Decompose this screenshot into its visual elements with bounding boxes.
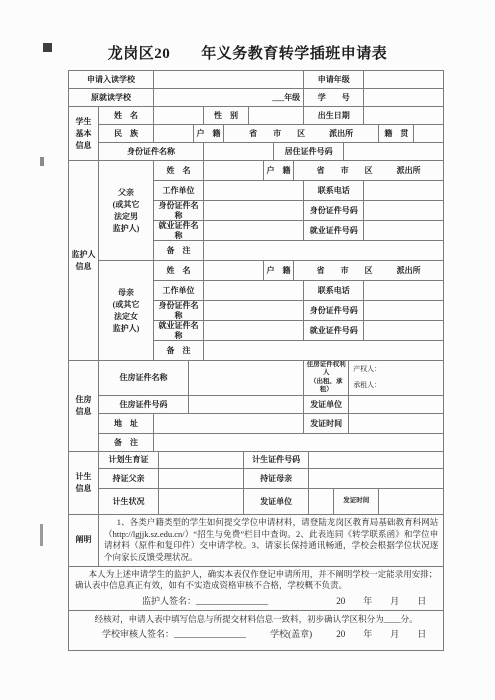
mother-hukou-label: 户 籍: [264, 261, 294, 281]
father-id-no-field: [364, 201, 444, 221]
scan-artifact: [40, 524, 43, 546]
housing-cert-no-label: 住房证件号码: [99, 395, 189, 413]
form-title: 龙岗区20 年义务教育转学插班申请表: [0, 42, 495, 63]
application-form-table: 申请入读学校 申请年级 原就读学校 ___年级 学 号 学生 基本 信息 姓 名…: [68, 70, 444, 651]
fp-issuer-field: [309, 488, 334, 514]
mother-id-name-label: 身份证件名称: [154, 301, 204, 321]
apply-grade-field: [364, 71, 444, 89]
student-id-cert-field: [204, 143, 274, 161]
housing-holder-label: 住房证件权利人 （出租、承 租）: [304, 361, 349, 396]
row-apply-school: 申请入读学校 申请年级: [69, 71, 444, 89]
housing-remark-label: 备 注: [99, 433, 154, 451]
fp-father-holder-field: [159, 468, 244, 488]
row-fp-holders: 持证父亲 持证母亲: [69, 468, 444, 488]
housing-section-header: 住房 信息: [69, 361, 99, 452]
guardian-section-header: 监护人 信息: [69, 161, 99, 361]
father-job-name-label: 就业证件名称: [154, 221, 204, 241]
orig-school-label: 原就读学校: [69, 89, 154, 107]
scan-artifact: [43, 43, 52, 52]
fp-issue-time-label: 发证时间: [334, 488, 379, 514]
row-notes: 阐明 1、各类户籍类型的学生如何提交学位申请材料，请登陆龙岗区教育局基础教育科网…: [69, 514, 444, 566]
school-seal-label: 学校(盖章): [270, 629, 312, 639]
school-sign-label: 学校审核人签名：: [102, 629, 174, 639]
guardian-signature: 监护人签名：________________: [142, 596, 268, 606]
mother-id-no-label: 身份证件号码: [304, 301, 364, 321]
school-sign-date: 20 年 月 日: [336, 629, 426, 639]
father-id-no-label: 身份证件号码: [304, 201, 364, 221]
review-cell: 经核对，申请人表中填写信息与所提交材料信息一致料，初步确认学区积分为____分。…: [69, 610, 444, 650]
student-name-label: 姓 名: [99, 107, 154, 125]
mother-id-no-field: [364, 301, 444, 321]
student-name-field: [154, 107, 204, 125]
row-housing-cert: 住房 信息 住房证件名称 住房证件权利人 （出租、承 租） 产权人： 承租人：: [69, 361, 444, 396]
student-section-header: 学生 基本 信息: [69, 107, 99, 161]
notes-text: 1、各类户籍类型的学生如何提交学位申请材料，请登陆龙岗区教育局基础教育科网站（h…: [100, 515, 442, 565]
row-student-hukou: 民 族 户 籍 省 市 区 派出所 籍 贯: [69, 125, 444, 143]
apply-school-field: [154, 71, 304, 89]
student-residence-no-label: 居住证件号码: [274, 143, 344, 161]
father-work-field: [204, 181, 304, 201]
mother-id-name-field: [204, 301, 304, 321]
housing-address-label: 地 址: [99, 413, 154, 433]
mother-job-no-label: 就业证件号码: [304, 321, 364, 341]
housing-cert-no-field: [189, 395, 304, 413]
row-father-name: 监护人 信息 父亲 (或其它 法定男 监护人) 姓 名 户 籍 省 市 区 派出…: [69, 161, 444, 181]
orig-school-field: ___年级: [154, 89, 304, 107]
guardian-sign-label: 监护人签名：: [142, 596, 196, 606]
student-no-field: [364, 89, 444, 107]
student-birth-field: [364, 107, 444, 125]
mother-job-name-label: 就业证件名称: [154, 321, 204, 341]
father-hukou-label: 户 籍: [264, 161, 294, 181]
father-job-no-label: 就业证件号码: [304, 221, 364, 241]
school-sign-line: ________________: [174, 629, 246, 639]
row-orig-school: 原就读学校 ___年级 学 号: [69, 89, 444, 107]
fp-cert-label: 计划生育证: [99, 451, 159, 468]
mother-work-field: [204, 281, 304, 301]
student-no-label: 学 号: [304, 89, 364, 107]
notes-cell: 1、各类户籍类型的学生如何提交学位申请材料，请登陆龙岗区教育局基础教育科网站（h…: [99, 514, 444, 566]
father-job-no-field: [364, 221, 444, 241]
row-housing-remark: 备 注: [69, 433, 444, 451]
father-name-field: [204, 161, 264, 181]
mother-role-label: 母亲 (或其它 法定女 监护人): [99, 261, 154, 361]
student-native-field: [414, 125, 444, 143]
housing-holder-field: 产权人： 承租人：: [349, 361, 444, 396]
guardian-sign-date: 20 年 月 日: [336, 596, 426, 606]
school-signature-row: 学校审核人签名：________________ 学校(盖章) 20 年 月 日: [70, 626, 442, 641]
father-remark-field: [204, 241, 444, 261]
row-review: 经核对，申请人表中填写信息与所提交材料信息一致料，初步确认学区积分为____分。…: [69, 610, 444, 650]
fp-father-holder-label: 持证父亲: [99, 468, 159, 488]
fp-issue-time-field: [379, 488, 444, 514]
guardian-signature-row: 监护人签名：________________ 20 年 月 日: [70, 593, 442, 608]
student-native-label: 籍 贯: [379, 125, 414, 143]
fp-section-header: 计生 信息: [69, 451, 99, 514]
student-residence-no-field: [344, 143, 444, 161]
student-birth-label: 出生日期: [304, 107, 364, 125]
mother-phone-label: 联系电话: [304, 281, 364, 301]
father-hukou-region-field: 省 市 区 派出所: [294, 161, 444, 181]
father-work-label: 工作单位: [154, 181, 204, 201]
declaration-cell: 本人为上述申请学生的监护人，确实本表仅作登记申请所用，并不阐明学校一定能录用安排…: [69, 566, 444, 610]
student-hukou-region-field: 省 市 区 派出所: [224, 125, 379, 143]
declaration-text: 本人为上述申请学生的监护人，确实本表仅作登记申请所用，并不阐明学校一定能录用安排…: [70, 567, 442, 593]
mother-job-name-field: [204, 321, 304, 341]
apply-grade-label: 申请年级: [304, 71, 364, 89]
student-gender-field: [249, 107, 304, 125]
housing-issue-time-field: [349, 413, 444, 433]
father-id-name-field: [204, 201, 304, 221]
student-gender-label: 性 别: [204, 107, 249, 125]
row-declaration: 本人为上述申请学生的监护人，确实本表仅作登记申请所用，并不阐明学校一定能录用安排…: [69, 566, 444, 610]
row-fp-status: 计生状况 发证单位 发证时间: [69, 488, 444, 514]
mother-job-no-field: [364, 321, 444, 341]
father-role-label: 父亲 (或其它 法定男 监护人): [99, 161, 154, 261]
review-text: 经核对，申请人表中填写信息与所提交材料信息一致料，初步确认学区积分为____分。: [70, 611, 442, 626]
housing-remark-field: [154, 433, 444, 451]
mother-work-label: 工作单位: [154, 281, 204, 301]
fp-cert-field: [159, 451, 244, 468]
apply-school-label: 申请入读学校: [69, 71, 154, 89]
fp-status-label: 计生状况: [99, 488, 159, 514]
row-student-name: 学生 基本 信息 姓 名 性 别 出生日期: [69, 107, 444, 125]
father-phone-label: 联系电话: [304, 181, 364, 201]
student-ethnic-field: [154, 125, 194, 143]
housing-address-field: [154, 413, 304, 433]
father-phone-field: [364, 181, 444, 201]
fp-issuer-label: 发证单位: [244, 488, 309, 514]
housing-issue-time-label: 发证时间: [304, 413, 349, 433]
housing-cert-name-field: [189, 361, 304, 396]
fp-cert-no-label: 计生证件号码: [244, 451, 309, 468]
fp-mother-holder-field: [309, 468, 444, 488]
mother-name-field: [204, 261, 264, 281]
mother-name-label: 姓 名: [154, 261, 204, 281]
father-job-name-field: [204, 221, 304, 241]
father-remark-label: 备 注: [154, 241, 204, 261]
mother-remark-label: 备 注: [154, 341, 204, 361]
guardian-sign-line: ________________: [196, 596, 268, 606]
mother-remark-field: [204, 341, 444, 361]
housing-issuer-field: [349, 395, 444, 413]
row-student-id: 身份证件名称 居住证件号码: [69, 143, 444, 161]
student-id-cert-label: 身份证件名称: [99, 143, 204, 161]
scan-artifact: [40, 157, 44, 166]
fp-status-field: [159, 488, 244, 514]
mother-phone-field: [364, 281, 444, 301]
father-id-name-label: 身份证件名称: [154, 201, 204, 221]
notes-section-header: 阐明: [69, 514, 99, 566]
school-signature: 学校审核人签名：________________: [102, 629, 246, 639]
student-ethnic-label: 民 族: [99, 125, 154, 143]
housing-issuer-label: 发证单位: [304, 395, 349, 413]
row-fp-cert: 计生 信息 计划生育证 计生证件号码: [69, 451, 444, 468]
fp-cert-no-field: [309, 451, 444, 468]
mother-hukou-region-field: 省 市 区 派出所: [294, 261, 444, 281]
housing-cert-name-label: 住房证件名称: [99, 361, 189, 396]
row-mother-name: 母亲 (或其它 法定女 监护人) 姓 名 户 籍 省 市 区 派出所: [69, 261, 444, 281]
scanned-application-form-page: { "title": "龙岗区20 年义务教育转学插班申请表", "top": …: [0, 0, 495, 700]
student-hukou-label: 户 籍: [194, 125, 224, 143]
row-housing-certno: 住房证件号码 发证单位: [69, 395, 444, 413]
row-housing-address: 地 址 发证时间: [69, 413, 444, 433]
fp-mother-holder-label: 持证母亲: [244, 468, 309, 488]
father-name-label: 姓 名: [154, 161, 204, 181]
